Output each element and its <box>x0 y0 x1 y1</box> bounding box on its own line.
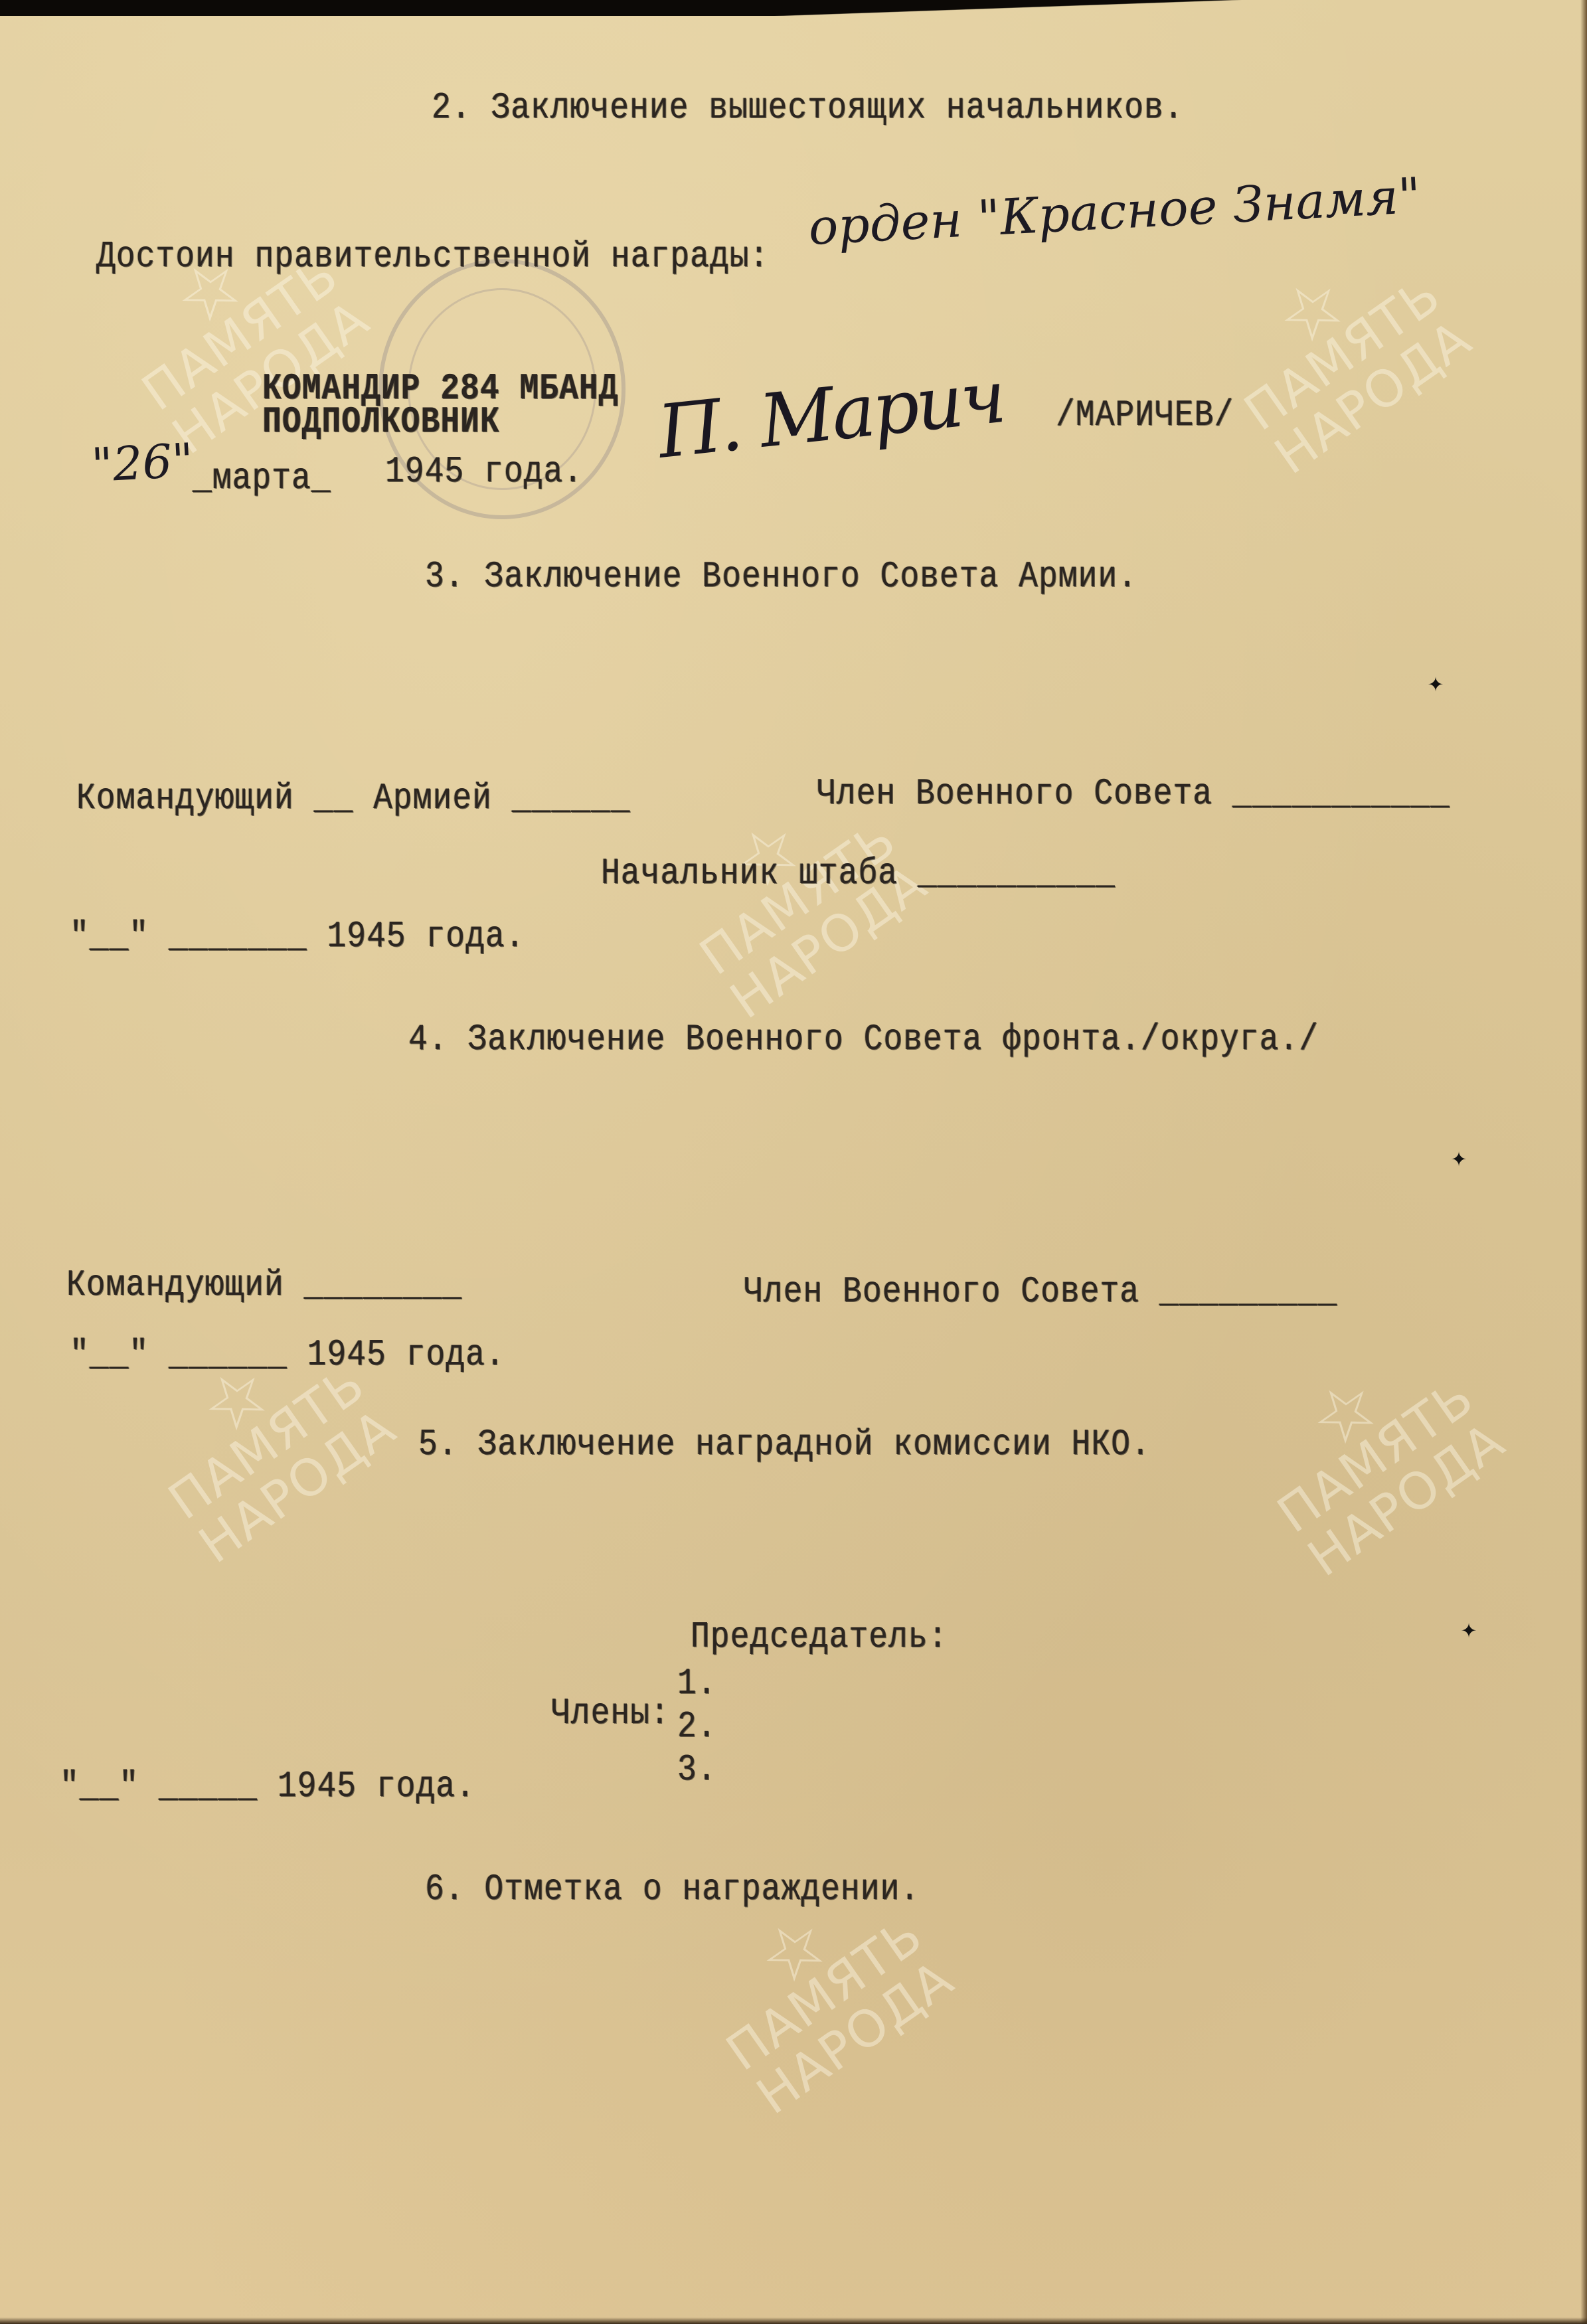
members-label: Члены: <box>551 1693 670 1734</box>
award-label: Достоин правительственной награды: <box>96 236 769 278</box>
member-number-3: 3. <box>677 1750 717 1791</box>
chief-of-staff-label: Начальник штаба __________ <box>601 853 1116 894</box>
date2: "__" _______ 1945 года. <box>70 916 525 957</box>
document-page: ☆ПАМЯТЬ НАРОДА ☆ПАМЯТЬ НАРОДА ☆ПАМЯТЬ НА… <box>0 0 1587 2324</box>
scan-bottom-edge <box>0 2317 1587 2324</box>
date3: "__" ______ 1945 года. <box>70 1335 505 1376</box>
commander-signature: П. Марич <box>654 354 1007 475</box>
date1-month: _марта_ <box>193 458 331 499</box>
scan-right-edge <box>1580 0 1587 2324</box>
member-number-1: 1. <box>677 1663 717 1704</box>
watermark: ☆ПАМЯТЬ НАРОДА <box>626 1777 993 2167</box>
commander-title-line2: ПОДПОЛКОВНИК <box>262 402 500 443</box>
front-council-member-label: Член Военного Совета _________ <box>744 1272 1337 1313</box>
chairman-label: Председатель: <box>691 1617 948 1658</box>
section5-title: 5. Заключение наградной комиссии НКО. <box>418 1424 1151 1465</box>
front-commander-label: Командующий ________ <box>66 1265 462 1306</box>
pinhole-mark: ✦ <box>1448 1149 1470 1171</box>
section2-title: 2. Заключение вышестоящих начальников. <box>432 88 1184 129</box>
pinhole-mark: ✦ <box>1424 674 1447 697</box>
date1-year: 1945 года. <box>385 452 583 493</box>
army-council-member-label: Член Военного Совета ___________ <box>817 774 1450 815</box>
section3-title: 3. Заключение Военного Совета Армии. <box>425 556 1137 598</box>
pinhole-mark: ✦ <box>1458 1620 1480 1643</box>
date4: "__" _____ 1945 года. <box>60 1766 475 1807</box>
scan-top-edge <box>0 0 1587 16</box>
section6-title: 6. Отметка о награждении. <box>425 1869 920 1910</box>
army-commander-label: Командующий __ Армией ______ <box>76 778 631 819</box>
member-number-2: 2. <box>677 1706 717 1748</box>
section4-title: 4. Заключение Военного Совета фронта./ок… <box>408 1019 1319 1060</box>
commander-name: /МАРИЧЕВ/ <box>1056 395 1234 436</box>
date1-day: "26" <box>90 433 195 493</box>
